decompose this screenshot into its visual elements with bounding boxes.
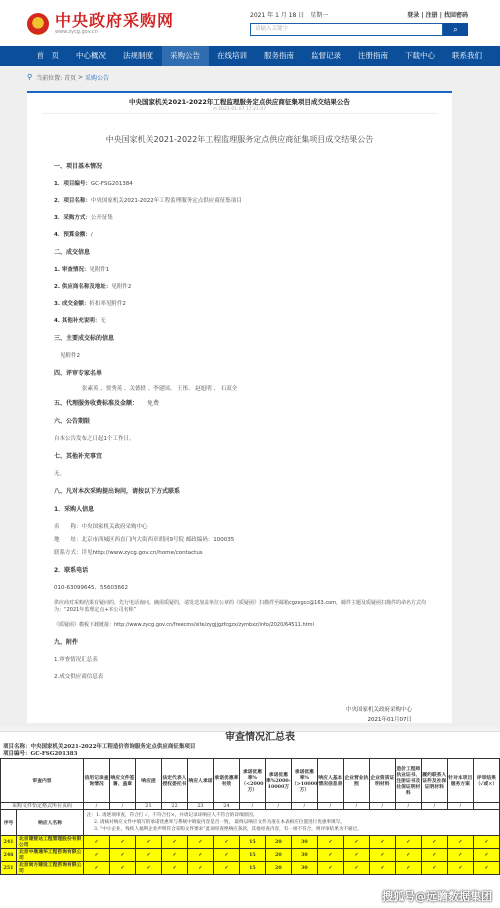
cell: ✓: [187, 849, 213, 862]
cell: ✓: [187, 836, 213, 849]
expert-list: 张素英 、贾秀英 、关德轶 、李建国、 王彤、 赵旭明 、 石双全: [54, 384, 452, 392]
cell: /: [343, 803, 369, 810]
sheet-project-number: 项目编号：GC-FSG201383: [0, 751, 500, 758]
cell: ✓: [421, 849, 447, 862]
account-links: 登录 | 注册 | 找回密码: [407, 12, 468, 20]
search-icon: ⌕: [453, 25, 457, 34]
project-number: 1．项目编号：GC-FSG201384: [54, 179, 452, 187]
breadcrumb-separator: >: [78, 74, 83, 81]
table-header-row: 审查内容 信用记录查询情况 响应文件签署、盖章 响应函 法定代表人授权委托书 响…: [1, 759, 500, 803]
header-cell: 响应人承诺: [187, 759, 213, 803]
header-cell: 针对本项目服务方案: [447, 759, 473, 803]
review-status: 1. 审查情况：见附件1: [54, 265, 452, 273]
seq-cell: 241: [1, 836, 17, 849]
template-download-link[interactable]: 《质疑函》模板下载链接：http://www.zycg.gov.cn/freec…: [54, 621, 452, 628]
search-bar: 请输入关键字 ⌕: [250, 23, 468, 36]
cell: 24: [213, 803, 239, 810]
cell: ✓: [187, 862, 213, 875]
site-title: 中央政府采购网: [55, 12, 174, 29]
breadcrumb-home[interactable]: 首页: [64, 73, 76, 82]
purchaser-address: 地 址：北京市西城区西直门内大街西章胡同9号院 邮政编码：100035: [54, 535, 452, 543]
article-title: 中央国家机关2021-2022年工程监理服务定点供应商征集项目成交结果公告: [27, 97, 452, 106]
nav-home[interactable]: 首 页: [28, 46, 68, 66]
phone-numbers: 010-63099645、55603662: [54, 583, 452, 591]
cell: /: [84, 803, 110, 810]
review-table: 审查内容 信用记录查询情况 响应文件签署、盖章 响应函 法定代表人授权委托书 响…: [0, 758, 500, 875]
nav-downloads[interactable]: 下载中心: [397, 46, 444, 66]
nav-online-training[interactable]: 在线培训: [209, 46, 256, 66]
purchaser-name: 名 称：中央国家机关政府采购中心: [54, 522, 452, 530]
nav-service-guide[interactable]: 服务指南: [256, 46, 303, 66]
budget-amount: 4．预算金额：/: [54, 230, 452, 238]
article-heading: 中央国家机关2021-2022年工程监理服务定点供应商征集项目成交结果公告: [27, 134, 452, 145]
cell: /: [421, 803, 447, 810]
section-2-heading: 二、成交信息: [54, 247, 452, 256]
nav-supervision[interactable]: 监督记录: [303, 46, 350, 66]
header-cell: 响应人基本情况信息表: [317, 759, 343, 803]
header-cell: 企业资质证明材料: [369, 759, 395, 803]
deal-amount: 3. 成交金额：折扣率见附件2: [54, 299, 452, 307]
supplier-name: 北京中鼎通华工程咨询有限公司: [17, 849, 84, 862]
header-cell: 承诺优惠率%（<2000万）: [239, 759, 265, 803]
table-row: 251 北京尚方建设工程咨询有限公司 ✓✓✓✓✓✓152030✓✓✓✓✓✓✓: [1, 862, 500, 875]
find-password-link[interactable]: 找回密码: [444, 12, 468, 19]
site-header: 中央政府采购网 www.zycg.gov.cn 2021 年 1 月 18 日 …: [0, 0, 500, 46]
main-nav: 首 页 中心概况 法规制度 采购公告 在线培训 服务指南 监督记录 注册指南 下…: [0, 46, 500, 66]
cell: 20: [265, 862, 291, 875]
other-notes: 4. 其他补充说明：无: [54, 316, 452, 324]
supplier-name: 北京尚方建设工程咨询有限公司: [17, 862, 84, 875]
header-cell: 承诺优惠率有效: [213, 759, 239, 803]
attachment-2[interactable]: 2.成交供应商信息表: [54, 672, 452, 680]
cell: ✓: [343, 862, 369, 875]
breadcrumb: ⚲ 当前位置: 首页 > 采购公告: [0, 66, 500, 88]
cell: 30: [291, 836, 317, 849]
signature-date: 2021年01月07日: [368, 715, 413, 723]
nav-regulations[interactable]: 法规制度: [115, 46, 162, 66]
cell: /: [110, 803, 136, 810]
cell: 23: [187, 803, 213, 810]
cell: ✓: [395, 862, 421, 875]
cell: ✓: [213, 849, 239, 862]
attachment-1[interactable]: 1.审查情况汇总表: [54, 655, 452, 663]
cell: ✓: [110, 862, 136, 875]
section-3-heading: 三、主要成交标的信息: [54, 333, 452, 342]
cell: 15: [239, 862, 265, 875]
cell: 30: [291, 862, 317, 875]
register-link[interactable]: 注册: [426, 12, 438, 19]
article-datetime: ◷ 2021-01-07 17:21:47: [42, 107, 437, 114]
cell: ✓: [473, 849, 499, 862]
notes-row: 序号 响应人名称 注：1. 请逐项审查，符合打 ✓，不符合打×，并请记录该响应人…: [1, 810, 500, 836]
cell: ✓: [421, 862, 447, 875]
cell: ✓: [317, 849, 343, 862]
cell: ✓: [135, 849, 161, 862]
header-cell: 造价工程师执业证书、注册证书及社保证明材料: [395, 759, 421, 803]
purchaser-info-heading: 1．采购人信息: [54, 504, 452, 513]
cell: 15: [239, 849, 265, 862]
cell: ✓: [84, 849, 110, 862]
watermark: 搜狐号@远瞻数据集团: [382, 888, 492, 904]
nav-registration-guide[interactable]: 注册指南: [350, 46, 397, 66]
cell: [473, 803, 499, 810]
cell: ✓: [395, 836, 421, 849]
cell: /: [265, 803, 291, 810]
cell: ✓: [213, 862, 239, 875]
header-cell: 法定代表人授权委托书: [161, 759, 187, 803]
search-button[interactable]: ⌕: [443, 23, 468, 36]
cell: ✓: [317, 862, 343, 875]
seq-cell: 251: [1, 862, 17, 875]
cell: ✓: [161, 849, 187, 862]
signature-org: 中央国家机关政府采购中心: [346, 705, 412, 713]
section-9-heading: 九、附件: [54, 637, 452, 646]
question-instructions: 供应商对采购结果有疑问的，先行电话询问。确需质疑的，请发送加盖单位公章的《质疑函…: [54, 599, 452, 613]
cell: ✓: [161, 862, 187, 875]
header-cell: 响应函: [135, 759, 161, 803]
header-cell: 审查内容: [1, 759, 84, 803]
header-cell: 承诺优惠率%2000-10000万: [265, 759, 291, 803]
cell: /: [291, 803, 317, 810]
seq-cell: 246: [1, 849, 17, 862]
cell: /: [317, 803, 343, 810]
cell: /: [239, 803, 265, 810]
cell: 20: [265, 849, 291, 862]
section-1-heading: 一、项目基本情况: [54, 161, 452, 170]
national-emblem-icon: [27, 13, 49, 35]
review-summary-sheet: 审查情况汇总表 项目名称：中央国家机关2021-2022年工程造价咨询服务定点供…: [0, 727, 500, 908]
procurement-method: 3．采购方式：公开征集: [54, 213, 452, 221]
nav-about[interactable]: 中心概况: [68, 46, 115, 66]
breadcrumb-current[interactable]: 采购公告: [85, 73, 109, 82]
section-3-text: 见附件2: [54, 351, 452, 359]
header-cell: 信用记录查询情况: [84, 759, 110, 803]
cell: ✓: [447, 849, 473, 862]
cell: ✓: [161, 836, 187, 849]
cell: ✓: [84, 862, 110, 875]
cell: /: [447, 803, 473, 810]
header-cell: 企业营业执照: [343, 759, 369, 803]
cell: 22: [161, 803, 187, 810]
cell: ✓: [473, 862, 499, 875]
header-tools: 2021 年 1 月 18 日 星期一 登录 | 注册 | 找回密码 请输入关键…: [250, 12, 468, 36]
date-display: 2021 年 1 月 18 日 星期一: [250, 12, 328, 20]
name-header: 响应人名称: [17, 810, 84, 836]
seq-header: 序号: [1, 810, 17, 836]
section-8-heading: 八、凡对本次采购提出询问，请按以下方式联系: [54, 486, 452, 495]
phone-heading: 2．联系电话: [54, 565, 452, 574]
cell: ✓: [110, 836, 136, 849]
review-notes: 注：1. 请逐项审查，符合打 ✓，不符合打×，并请记录该响应人不符合的详细原因。…: [84, 810, 500, 836]
cell: ✓: [317, 836, 343, 849]
cell: ✓: [343, 849, 369, 862]
cell: ✓: [369, 836, 395, 849]
cell: ✓: [447, 862, 473, 875]
header-cell: 评审结果（✓或×）: [473, 759, 499, 803]
cell: ✓: [110, 849, 136, 862]
cell: ✓: [473, 836, 499, 849]
supplier-info: 2. 供应商名称及地址：见附件2: [54, 282, 452, 290]
table-row: 246 北京中鼎通华工程咨询有限公司 ✓✓✓✓✓✓152030✓✓✓✓✓✓✓: [1, 849, 500, 862]
cell: ✓: [213, 836, 239, 849]
cell: ✓: [447, 836, 473, 849]
section-4-heading: 四、评审专家名单: [54, 368, 452, 377]
cell: ✓: [135, 862, 161, 875]
cell: 15: [239, 836, 265, 849]
cell: /: [395, 803, 421, 810]
cell: ✓: [369, 862, 395, 875]
location-pin-icon: ⚲: [27, 73, 32, 81]
cell: ✓: [395, 849, 421, 862]
nav-procurement-notices[interactable]: 采购公告: [162, 46, 209, 66]
cell: ✓: [135, 836, 161, 849]
section-7-heading: 七、其他补充事宜: [54, 451, 452, 460]
cell: ✓: [84, 836, 110, 849]
section-7-text: 无。: [54, 469, 452, 477]
site-url: www.zycg.gov.cn: [55, 29, 174, 36]
cell: 21: [135, 803, 161, 810]
cell: 20: [265, 836, 291, 849]
notice-period: 自本公告发布之日起1个工作日。: [54, 434, 452, 442]
nav-contact[interactable]: 联系我们: [444, 46, 491, 66]
section-5-heading: 五、代理服务收费标准及金额： 免费: [54, 398, 452, 407]
sheet-title: 审查情况汇总表: [0, 732, 500, 744]
header-cell: 承诺优惠率%（>10000万）: [291, 759, 317, 803]
cell: ✓: [343, 836, 369, 849]
cell: ✓: [369, 849, 395, 862]
table-row: 241 北京建智达工程管理股份有限公司 ✓✓✓✓✓✓152030✓✓✓✓✓✓✓: [1, 836, 500, 849]
header-cell: 响应文件签署、盖章: [110, 759, 136, 803]
contact-link[interactable]: 联系方式：详见http://www.zycg.gov.cn/home/conta…: [54, 548, 452, 556]
login-link[interactable]: 登录: [407, 12, 419, 19]
section-6-heading: 六、公告期限: [54, 416, 452, 425]
header-cell: 履约联系人证件及社保证明材料: [421, 759, 447, 803]
project-name: 2．项目名称：中央国家机关2021-2022年工程监理服务定点供应商征集项目: [54, 196, 452, 204]
cell: ✓: [421, 836, 447, 849]
sheet-project-name: 项目名称：中央国家机关2021-2022年工程造价咨询服务定点供应商征集项目: [0, 744, 500, 751]
cell: /: [369, 803, 395, 810]
article-body: 一、项目基本情况 1．项目编号：GC-FSG201384 2．项目名称：中央国家…: [27, 161, 452, 680]
cell: 30: [291, 849, 317, 862]
cell: 采购文件恰定格式所在页码: [1, 803, 84, 810]
search-input[interactable]: 请输入关键字: [250, 23, 443, 36]
page-reference-row: 采购文件恰定格式所在页码 / / 21 22 23 24 / / / / / /…: [1, 803, 500, 810]
supplier-name: 北京建智达工程管理股份有限公司: [17, 836, 84, 849]
site-logo[interactable]: 中央政府采购网 www.zycg.gov.cn: [27, 12, 174, 36]
article-panel: 中央国家机关2021-2022年工程监理服务定点供应商征集项目成交结果公告 ◷ …: [27, 91, 452, 723]
breadcrumb-label: 当前位置:: [36, 73, 62, 82]
